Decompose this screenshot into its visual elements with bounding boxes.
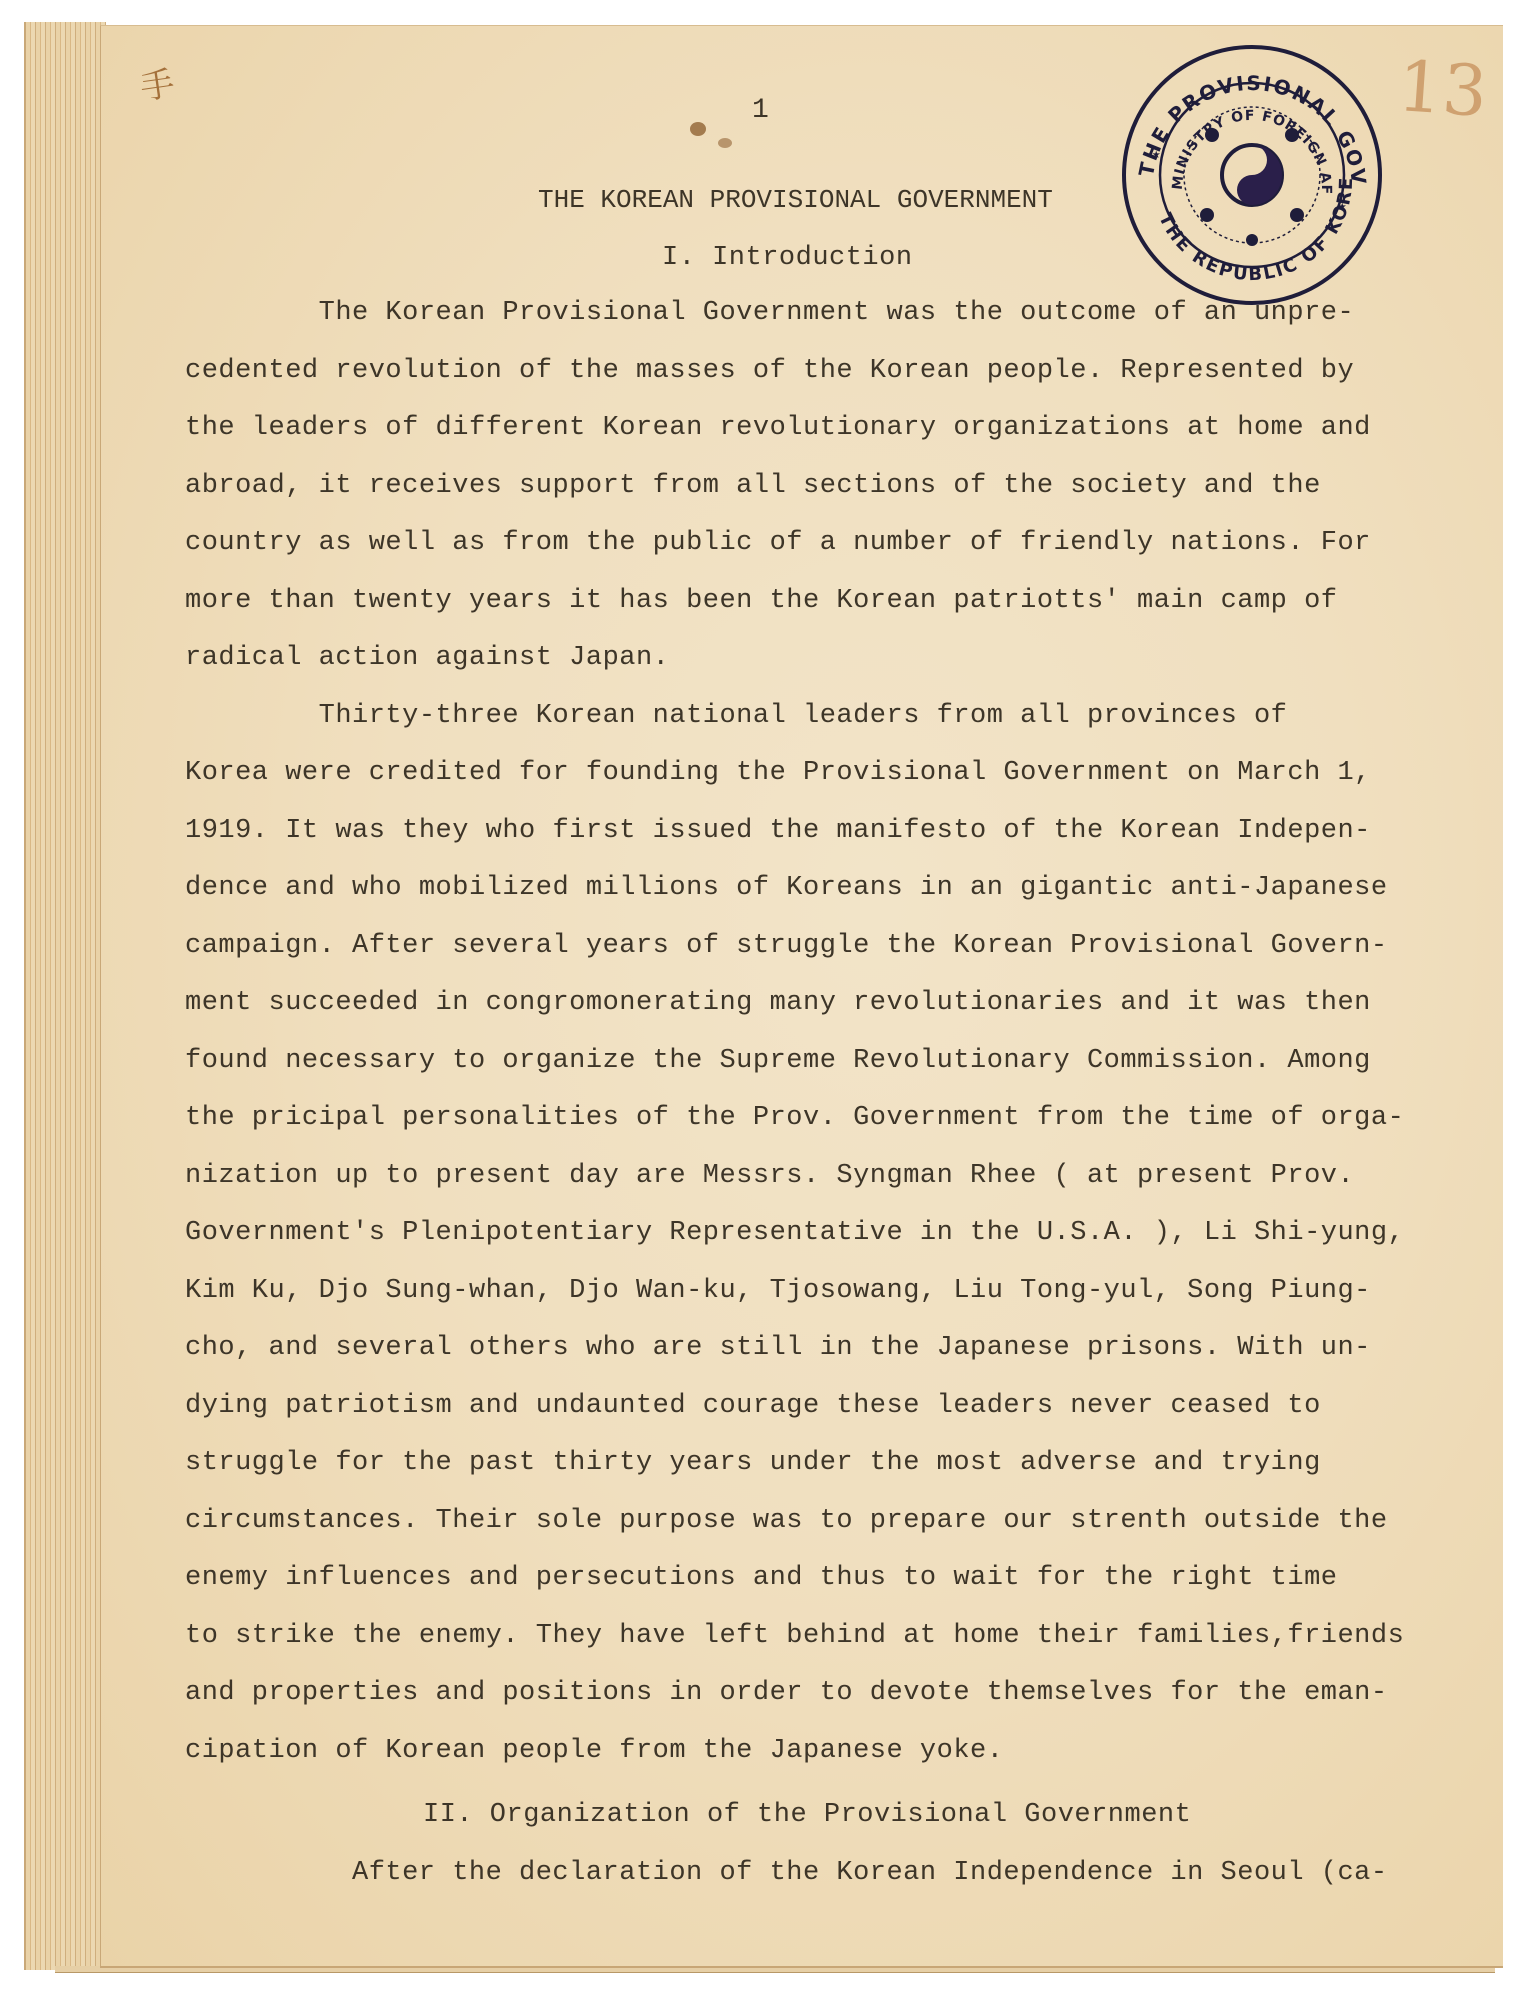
- svg-text:★: ★: [1152, 147, 1161, 163]
- text-line: enemy influences and persecutions and th…: [185, 1563, 1337, 1593]
- ink-stain: [718, 138, 732, 148]
- text-line: and properties and positions in order to…: [185, 1678, 1388, 1708]
- text-line: more than twenty years it has been the K…: [185, 586, 1337, 616]
- text-line: ment succeeded in congromonerating many …: [185, 988, 1371, 1018]
- text-line: circumstances. Their sole purpose was to…: [185, 1506, 1388, 1536]
- text-line: 1919. It was they who first issued the m…: [185, 816, 1371, 846]
- text-line: nization up to present day are Messrs. S…: [185, 1161, 1354, 1191]
- section-heading-organization: II. Organization of the Provisional Gove…: [423, 1800, 1191, 1830]
- page-number: 1: [752, 95, 769, 126]
- handwritten-mark-right: 13: [1395, 45, 1490, 133]
- text-line: campaign. After several years of struggl…: [185, 931, 1388, 961]
- paper-stack-bottom-edge: [55, 1966, 1495, 1973]
- ink-stain: [690, 122, 706, 136]
- text-line: cipation of Korean people from the Japan…: [185, 1736, 1003, 1766]
- document-title: THE KOREAN PROVISIONAL GOVERNMENT: [538, 185, 1053, 215]
- paper-stack-edge: [24, 22, 106, 1970]
- text-line: Kim Ku, Djo Sung-whan, Djo Wan-ku, Tjoso…: [185, 1276, 1371, 1306]
- svg-text:★: ★: [1338, 199, 1347, 215]
- text-line: the pricipal personalities of the Prov. …: [185, 1103, 1404, 1133]
- section-heading-introduction: I. Introduction: [662, 243, 913, 273]
- official-seal-stamp: THE PROVISIONAL GOVERNMENT MINISTRY OF F…: [1112, 40, 1392, 310]
- text-line: cho, and several others who are still in…: [185, 1333, 1371, 1363]
- text-line: to strike the enemy. They have left behi…: [185, 1621, 1404, 1651]
- text-line: Thirty-three Korean national leaders fro…: [185, 701, 1287, 731]
- text-line: After the declaration of the Korean Inde…: [352, 1858, 1388, 1888]
- text-line: abroad, it receives support from all sec…: [185, 471, 1321, 501]
- text-line: dying patriotism and undaunted courage t…: [185, 1391, 1321, 1421]
- handwritten-mark-left: 手: [137, 56, 177, 109]
- text-line: Government's Plenipotentiary Representat…: [185, 1218, 1404, 1248]
- seal-icon: THE PROVISIONAL GOVERNMENT MINISTRY OF F…: [1112, 40, 1392, 310]
- text-line: the leaders of different Korean revoluti…: [185, 413, 1371, 443]
- text-line: country as well as from the public of a …: [185, 528, 1371, 558]
- text-line: dence and who mobilized millions of Kore…: [185, 873, 1388, 903]
- text-line: radical action against Japan.: [185, 643, 669, 673]
- text-line: found necessary to organize the Supreme …: [185, 1046, 1371, 1076]
- text-line: cedented revolution of the masses of the…: [185, 356, 1354, 386]
- text-line: Korea were credited for founding the Pro…: [185, 758, 1371, 788]
- text-line: struggle for the past thirty years under…: [185, 1448, 1321, 1478]
